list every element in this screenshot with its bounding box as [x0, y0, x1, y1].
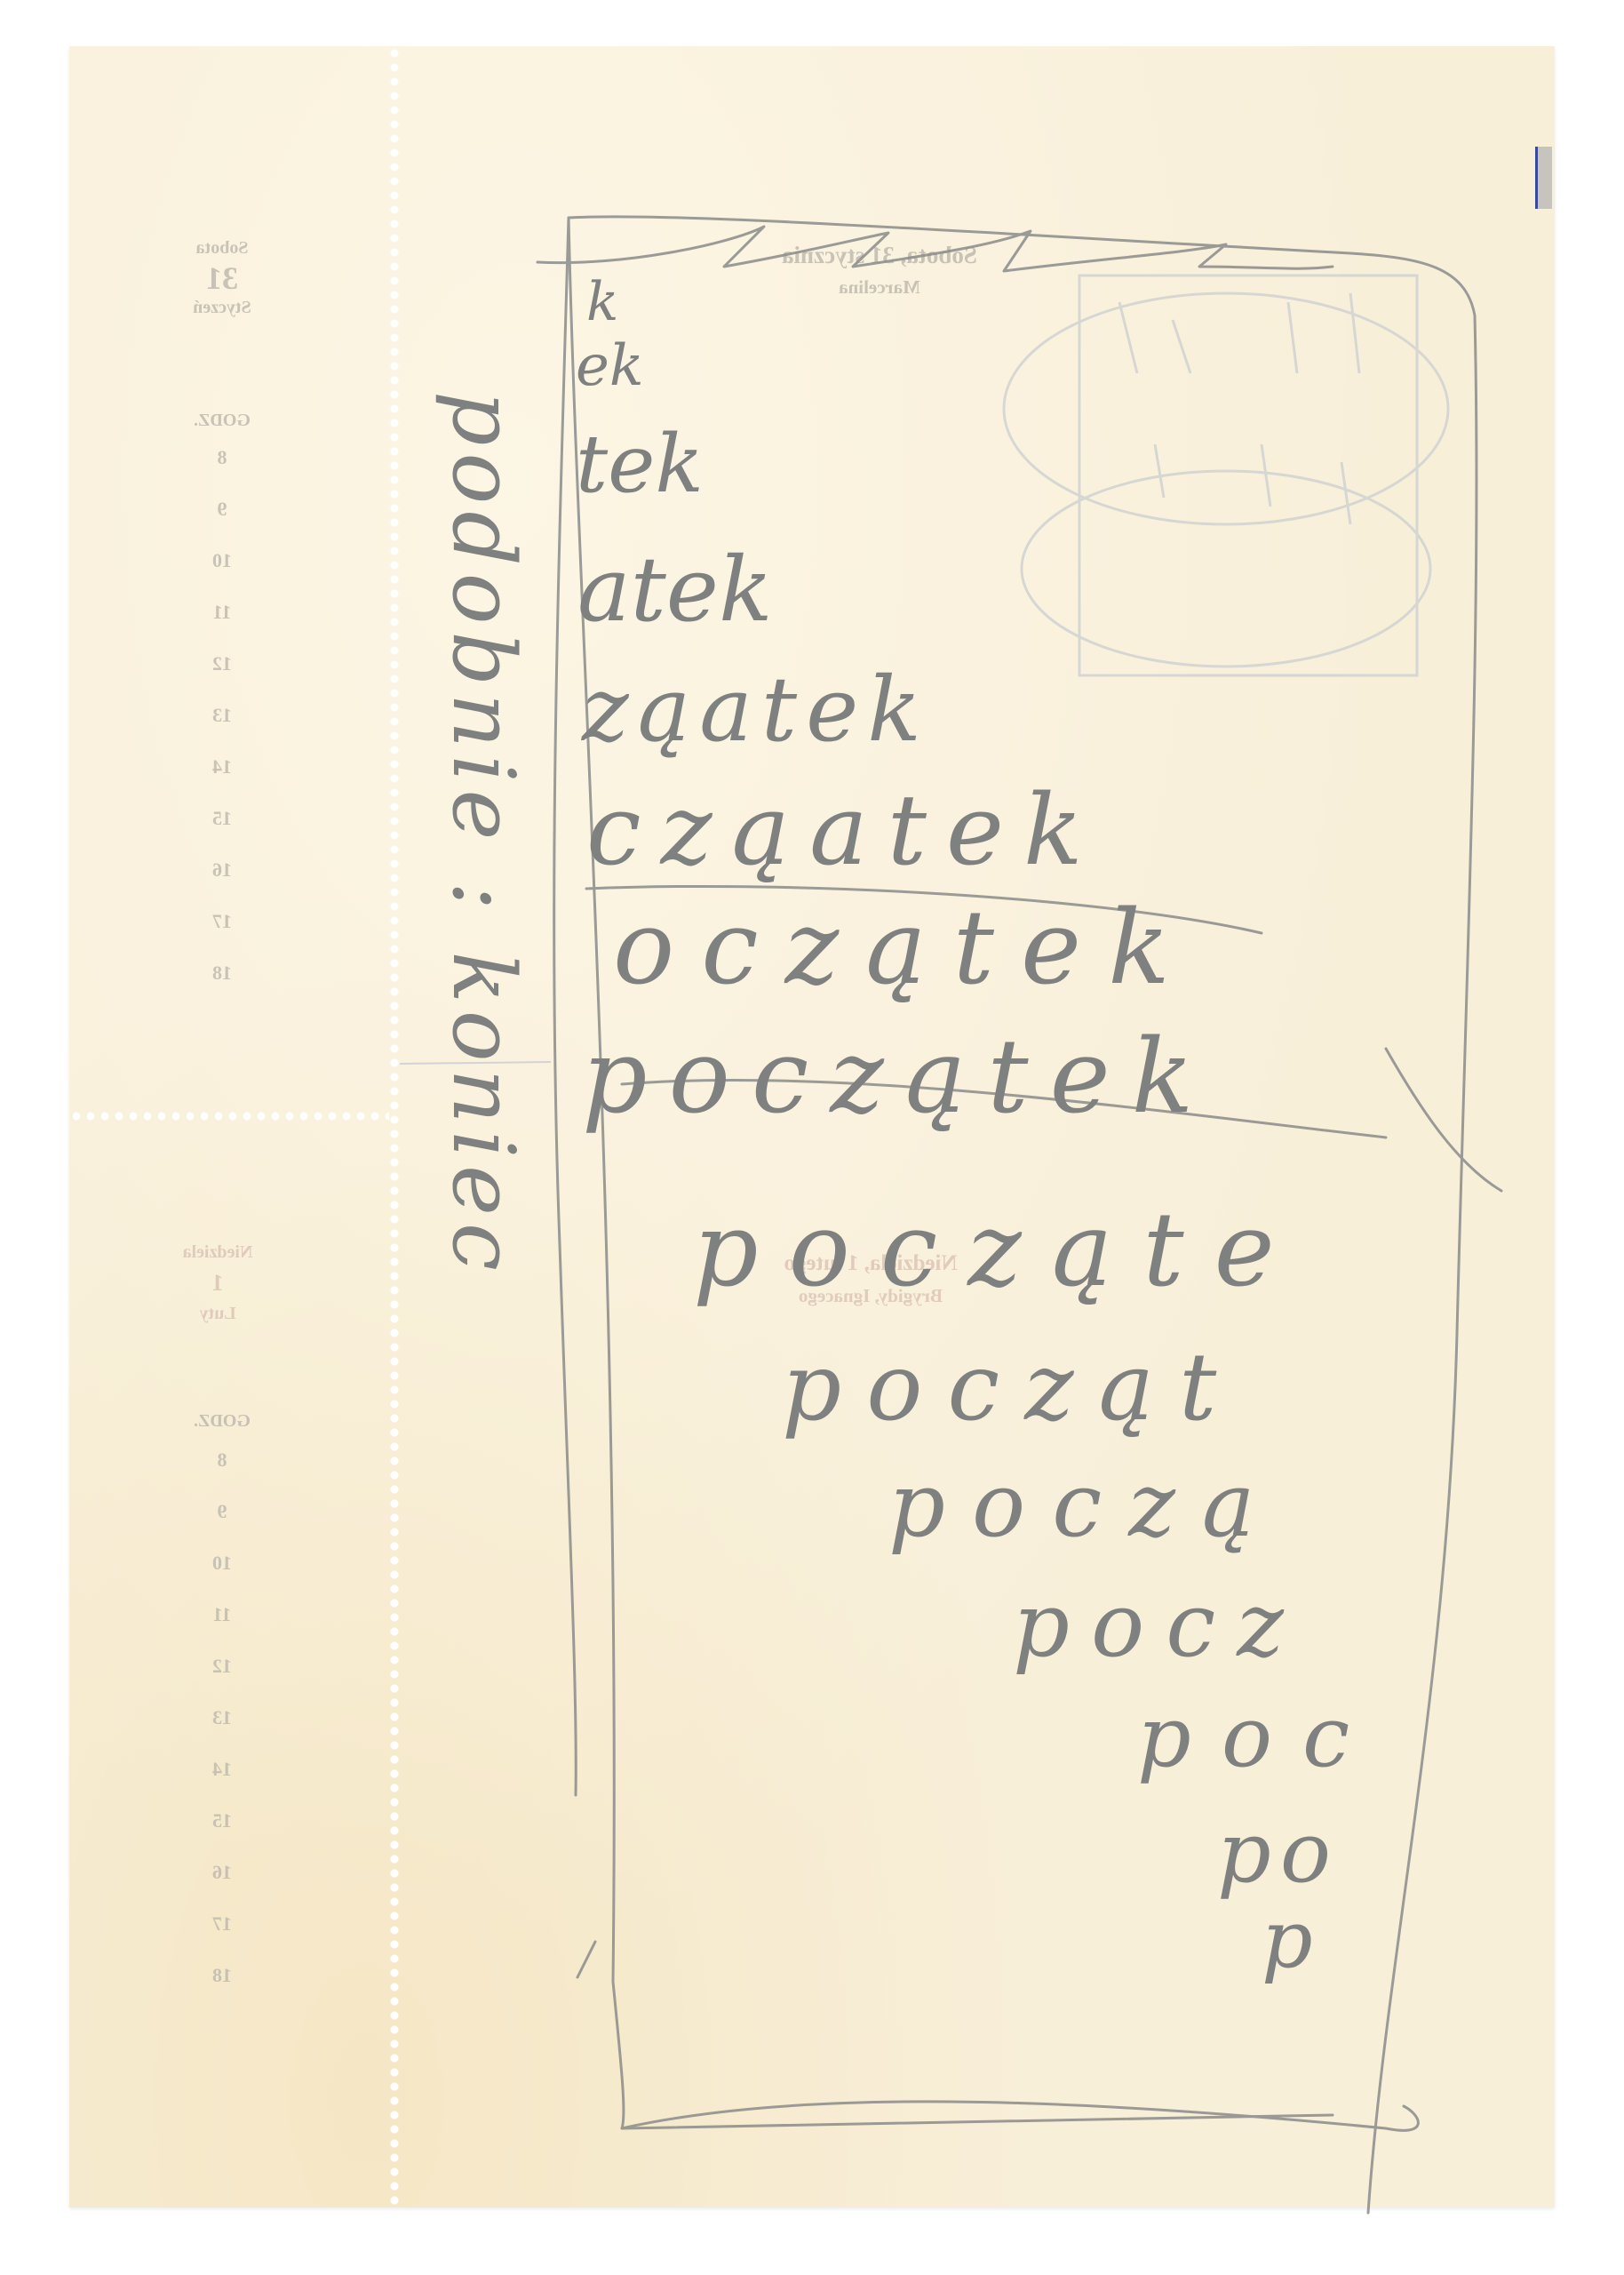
faint-sketch: [1004, 275, 1448, 675]
hw-line-9: począte: [693, 1191, 1305, 1310]
hw-line-13: poc: [1137, 1688, 1380, 1786]
hw-line-11: począ: [888, 1453, 1282, 1557]
frame-left: [554, 218, 577, 1795]
frame-tick: [577, 1942, 595, 1977]
hw-line-1: k: [586, 271, 618, 333]
hw-line-15: p: [1262, 1893, 1313, 1986]
pencil-strokes: [0, 0, 1624, 2275]
hw-line-6: cząatek: [586, 773, 1103, 887]
hw-vertical-note: podobnie : koniec: [434, 391, 533, 1278]
hw-line-4: atek: [577, 538, 773, 642]
top-zigzag: [537, 227, 1333, 271]
hw-line-7: oczątek: [613, 889, 1197, 1008]
hw-line-12: pocz: [1013, 1573, 1305, 1677]
hw-line-14: po: [1217, 1804, 1340, 1902]
hw-line-8: początek: [582, 1018, 1214, 1137]
hw-line-2: ek: [576, 333, 644, 399]
frame-curve: [1386, 1049, 1501, 1191]
hw-line-3: tek: [576, 418, 704, 511]
hw-line-10: począt: [782, 1333, 1241, 1441]
hw-line-5: ząatek: [582, 658, 930, 762]
